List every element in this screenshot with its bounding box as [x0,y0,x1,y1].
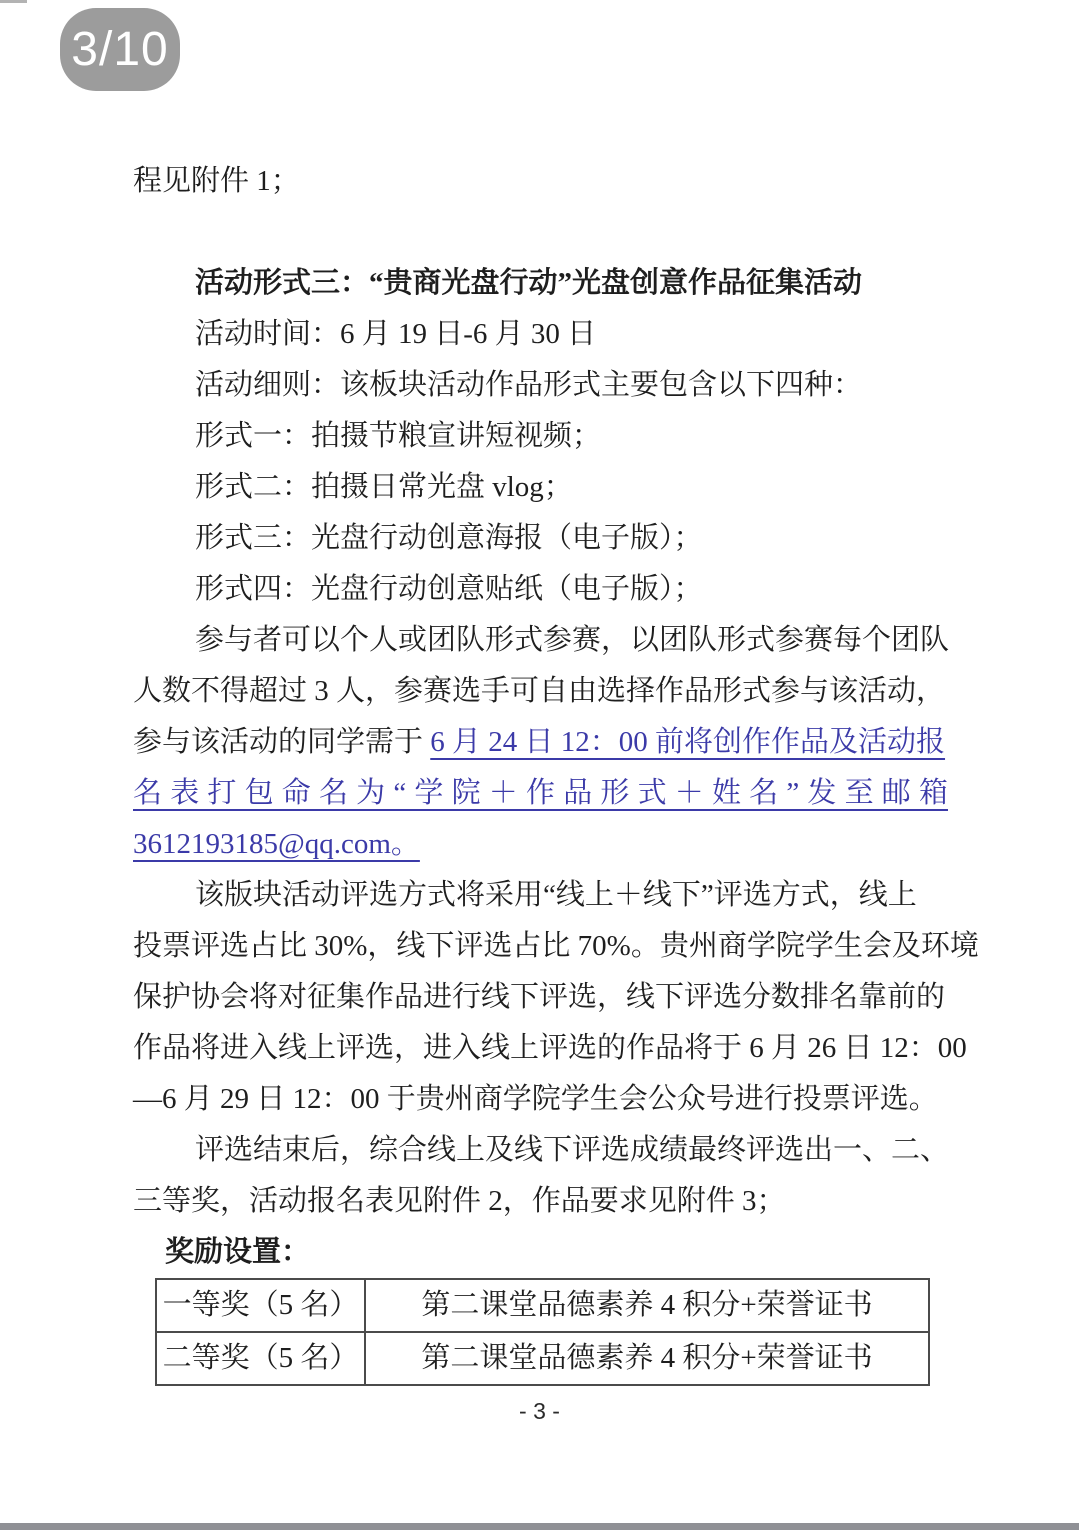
doc-line: 人数不得超过 3 人，参赛选手可自由选择作品形式参与该活动， [133,666,948,717]
top-edge-fragment [0,0,27,3]
reward-table-row: 二等奖（5 名） 第二课堂品德素养 4 积分+荣誉证书 [156,1332,929,1385]
doc-line: —6 月 29 日 12：00 于贵州商学院学生会公众号进行投票评选。 [133,1074,948,1125]
activity-heading: 活动形式三：“贵商光盘行动”光盘创意作品征集活动 [133,258,948,309]
doc-line-form-1: 形式一：拍摄节粮宣讲短视频； [133,411,948,462]
doc-line-form-4: 形式四：光盘行动创意贴纸（电子版）； [133,564,948,615]
rank-cell: 二等奖（5 名） [156,1332,365,1385]
email-link-part-1[interactable]: 6 月 24 日 12：00 前将创作作品及活动报 [430,726,945,758]
doc-line-pre-text: 参与该活动的同学需于 [133,726,430,758]
prize-cell: 第二课堂品德素养 4 积分+荣誉证书 [365,1332,929,1385]
reward-heading: 奖励设置： [133,1227,948,1278]
doc-body: 程见附件 1； 活动形式三：“贵商光盘行动”光盘创意作品征集活动 活动时间：6 … [133,156,948,1386]
doc-line: 作品将进入线上评选，进入线上评选的作品将于 6 月 26 日 12：00 [133,1023,948,1074]
page-footer: - 3 - [0,1398,1079,1425]
bottom-bar [0,1523,1079,1530]
page-indicator-label: 3/10 [71,22,168,77]
reward-table: 一等奖（5 名） 第二课堂品德素养 4 积分+荣誉证书 二等奖（5 名） 第二课… [155,1278,930,1386]
reward-table-row: 一等奖（5 名） 第二课堂品德素养 4 积分+荣誉证书 [156,1279,929,1332]
doc-line-form-2: 形式二：拍摄日常光盘 vlog； [133,462,948,513]
doc-line: 该版块活动评选方式将采用“线上＋线下”评选方式，线上 [133,870,948,921]
doc-line: 三等奖，活动报名表见附件 2，作品要求见附件 3； [133,1176,948,1227]
doc-line-mixed: 参与该活动的同学需于 6 月 24 日 12：00 前将创作作品及活动报 [133,717,948,768]
doc-line-activity-time: 活动时间：6 月 19 日-6 月 30 日 [133,309,948,360]
doc-line: 投票评选占比 30%，线下评选占比 70%。贵州商学院学生会及环境 [133,921,948,972]
email-link-part-2[interactable]: 名表打包命名为“学院＋作品形式＋姓名”发至邮箱 [133,768,948,819]
page-indicator-badge: 3/10 [60,8,180,91]
doc-line-form-3: 形式三：光盘行动创意海报（电子版）； [133,513,948,564]
doc-line: 3612193185@qq.com。 [133,819,948,870]
page-number: - 3 - [519,1398,560,1424]
doc-line: 程见附件 1； [133,156,948,207]
doc-blank-line [133,207,948,258]
doc-line: 评选结束后，综合线上及线下评选成绩最终评选出一、二、 [133,1125,948,1176]
prize-cell: 第二课堂品德素养 4 积分+荣誉证书 [365,1279,929,1332]
doc-line-activity-rules: 活动细则：该板块活动作品形式主要包含以下四种： [133,360,948,411]
rank-cell: 一等奖（5 名） [156,1279,365,1332]
email-link-address[interactable]: 3612193185@qq.com。 [133,828,420,860]
doc-line: 参与者可以个人或团队形式参赛，以团队形式参赛每个团队 [133,615,948,666]
document-page: 3/10 程见附件 1； 活动形式三：“贵商光盘行动”光盘创意作品征集活动 活动… [0,0,1079,1530]
doc-line: 保护协会将对征集作品进行线下评选，线下评选分数排名靠前的 [133,972,948,1023]
